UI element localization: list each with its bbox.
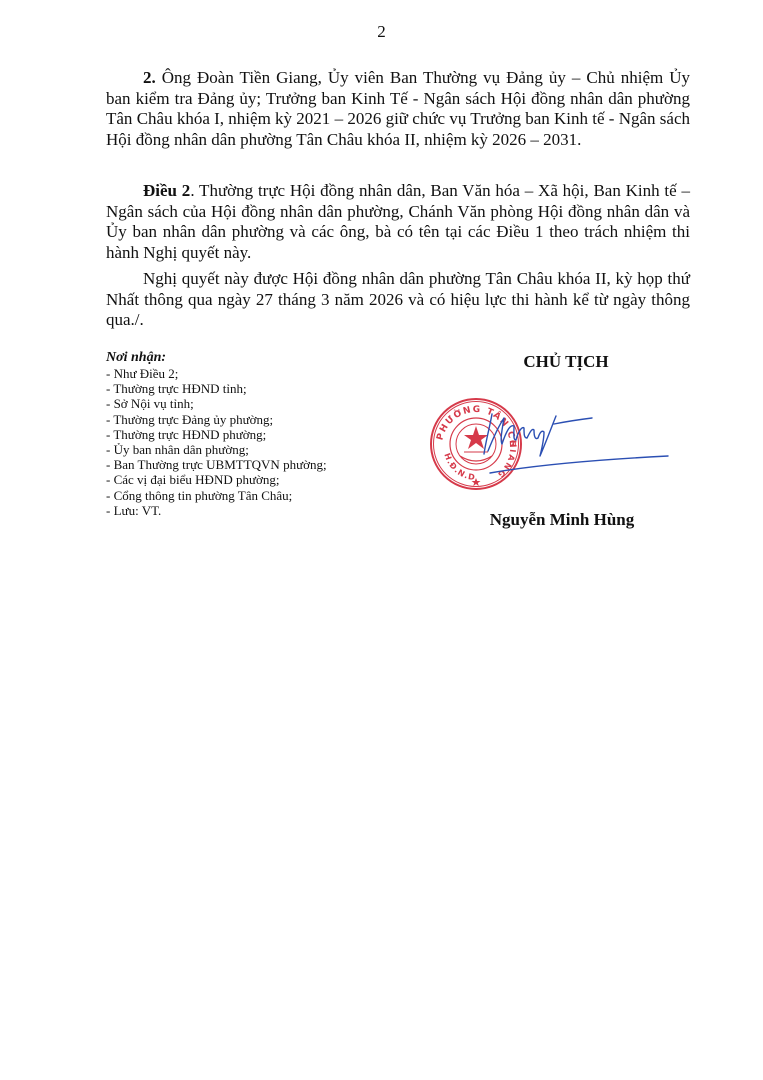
recipient-item: - Thường trực Đảng ủy phường; — [106, 412, 406, 427]
clause-number: 2. — [143, 68, 156, 87]
recipient-item: - Ban Thường trực UBMTTQVN phường; — [106, 457, 406, 472]
recipients-block: Nơi nhận: - Như Điều 2; - Thường trực HĐ… — [106, 350, 406, 518]
article-text: . Thường trực Hội đồng nhân dân, Ban Văn… — [106, 181, 690, 262]
recipient-item: - Ủy ban nhân dân phường; — [106, 442, 406, 457]
recipient-item: - Các vị đại biểu HĐND phường; — [106, 472, 406, 487]
page-number: 2 — [0, 22, 763, 42]
recipient-item: - Thường trực HĐND tỉnh; — [106, 381, 406, 396]
paragraph-clause-2: 2. Ông Đoàn Tiền Giang, Ủy viên Ban Thườ… — [106, 68, 690, 150]
recipient-item: - Thường trực HĐND phường; — [106, 427, 406, 442]
recipient-item: - Lưu: VT. — [106, 503, 406, 518]
recipient-item: - Sở Nội vụ tỉnh; — [106, 396, 406, 411]
clause-text: Ông Đoàn Tiền Giang, Ủy viên Ban Thường … — [106, 68, 690, 149]
signer-title: CHỦ TỊCH — [476, 352, 656, 372]
paragraph-article-2: Điều 2. Thường trực Hội đồng nhân dân, B… — [106, 181, 690, 263]
recipient-item: - Như Điều 2; — [106, 366, 406, 381]
handwritten-signature — [480, 396, 670, 476]
recipients-title: Nơi nhận: — [106, 350, 406, 366]
recipient-item: - Cổng thông tin phường Tân Châu; — [106, 488, 406, 503]
article-heading: Điều 2 — [143, 181, 190, 200]
signature-icon — [480, 396, 670, 476]
paragraph-effective-date: Nghị quyết này được Hội đồng nhân dân ph… — [106, 269, 690, 331]
signer-name: Nguyễn Minh Hùng — [462, 510, 662, 530]
recipients-list: - Như Điều 2; - Thường trực HĐND tỉnh; -… — [106, 366, 406, 518]
